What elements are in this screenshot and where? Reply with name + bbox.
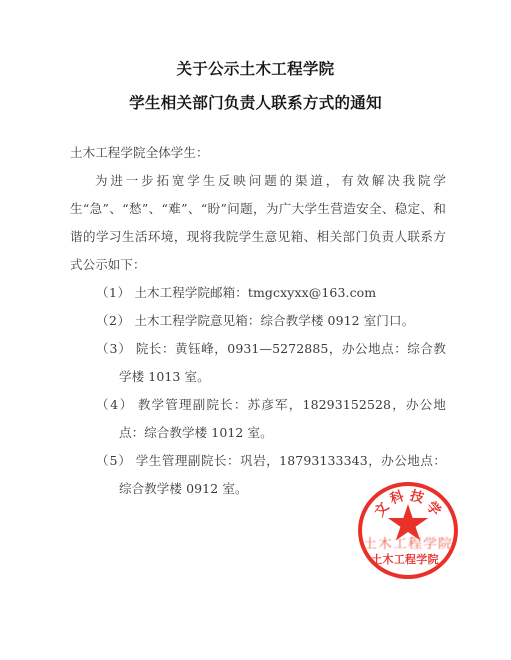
document-title: 关于公示土木工程学院 学生相关部门负责人联系方式的通知: [0, 52, 511, 120]
item-text: 土木工程学院意见箱：综合教学楼 0912 室门口。: [134, 313, 414, 328]
title-line-2: 学生相关部门负责人联系方式的通知: [0, 86, 511, 120]
list-item: （1）土木工程学院邮箱：tmgcxyxx@163.com: [70, 279, 446, 307]
item-text: 院长：黄钰峰，0931—5272885，办公地点：综合教学楼 1013 室。: [119, 341, 446, 384]
document-body: 土木工程学院全体学生： 为进一步拓宽学生反映问题的渠道，有效解决我院学生“急”、…: [70, 139, 446, 503]
item-text: 土木工程学院邮箱：tmgcxyxx@163.com: [134, 285, 376, 300]
official-seal: 文 科 技 学 土木工程学院 土木工程学院: [357, 481, 459, 578]
document-page: 关于公示土木工程学院 学生相关部门负责人联系方式的通知 土木工程学院全体学生： …: [0, 0, 511, 660]
list-item: （4）教学管理副院长：苏彦军，18293152528，办公地点：综合教学楼 10…: [70, 391, 446, 447]
intro-paragraph: 为进一步拓宽学生反映问题的渠道，有效解决我院学生“急”、“愁”、“难”、“盼”问…: [70, 167, 446, 279]
contact-list: （1）土木工程学院邮箱：tmgcxyxx@163.com （2）土木工程学院意见…: [70, 279, 446, 503]
item-number: （2）: [96, 313, 130, 328]
item-number: （4）: [96, 397, 134, 412]
item-number: （3）: [96, 341, 132, 356]
item-number: （1）: [96, 285, 130, 300]
seal-name-text: 土木工程学院: [357, 551, 453, 567]
salutation: 土木工程学院全体学生：: [70, 139, 446, 167]
list-item: （3）院长：黄钰峰，0931—5272885，办公地点：综合教学楼 1013 室…: [70, 335, 446, 391]
list-item: （2）土木工程学院意见箱：综合教学楼 0912 室门口。: [70, 307, 446, 335]
seal-ghost-text: 土木工程学院: [353, 533, 462, 552]
item-number: （5）: [96, 453, 132, 468]
item-text: 教学管理副院长：苏彦军，18293152528，办公地点：综合教学楼 1012 …: [119, 397, 446, 440]
title-line-1: 关于公示土木工程学院: [0, 52, 511, 86]
